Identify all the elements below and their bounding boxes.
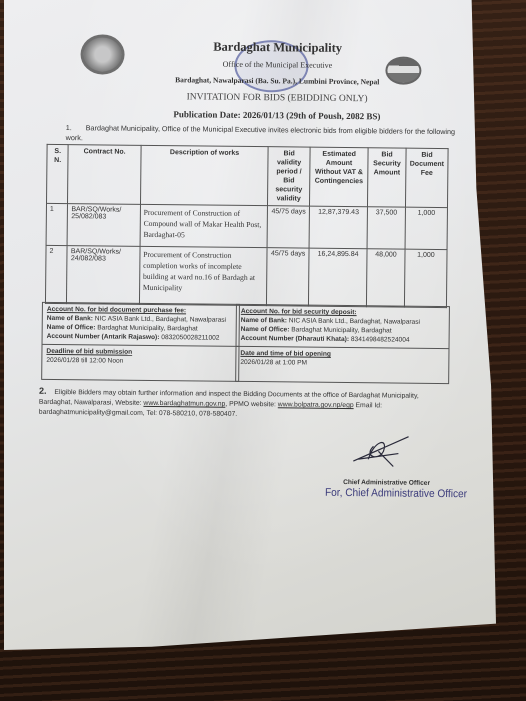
cell-doc-fee: 1,000 (404, 249, 447, 307)
ppmo-label: , PPMO website: (225, 401, 276, 409)
col-doc-fee: Bid Document Fee (405, 148, 448, 207)
bank-name: NIC ASIA Bank Ltd., Bardaghat, Nawalpara… (95, 315, 226, 323)
col-bid-security: Bid Security Amount (368, 148, 406, 207)
cao-title: Chief Administrative Officer (343, 479, 430, 487)
col-validity: Bid validity period / Bid security valid… (268, 147, 310, 206)
col-sn: S. N. (47, 144, 69, 203)
cell-contract-no: BAR/SQ/Works/ 24/082/083 (67, 246, 140, 305)
signature-icon (348, 431, 418, 472)
cell-bid-security: 37,500 (367, 207, 405, 249)
document: Bardaghat Municipality Office of the Mun… (0, 0, 526, 701)
point2-number: 2. (39, 386, 47, 396)
bank-label: Name of Bank: (47, 315, 93, 322)
cell-validity: 45/75 days (267, 206, 309, 248)
office-label: Name of Office: (241, 326, 290, 334)
account-number: 8341498482524004 (351, 336, 410, 344)
website-link[interactable]: www.bardaghatmun.gov.np (143, 400, 225, 408)
col-contract-no: Contract No. (68, 145, 141, 205)
cao-stamp: For, Chief Administrative Officer (325, 487, 467, 500)
cell-description: Procurement of Construction completion w… (139, 246, 267, 305)
cell-estimated-amount: 12,87,379.43 (309, 206, 368, 249)
table-row: 1 BAR/SQ/Works/ 25/082/083 Procurement o… (46, 203, 447, 249)
table-header-row: S. N. Contract No. Description of works … (47, 144, 449, 207)
cell-bid-security: 48,000 (367, 249, 405, 307)
bank-name: NIC ASIA Bank Ltd., Bardaghat, Nawalpara… (289, 317, 420, 325)
ppmo-website-link[interactable]: www.bolpatra.gov.np/egp (278, 401, 354, 409)
org-name: Bardaghat Municipality (113, 39, 443, 57)
account-number: 0832050028211002 (161, 334, 219, 342)
cell-contract-no: BAR/SQ/Works/ 25/082/083 (67, 204, 140, 247)
bank-label: Name of Bank: (241, 317, 287, 324)
office-name-value: Bardaghat Municipality, Bardaghat (97, 324, 197, 332)
table-row: 2 BAR/SQ/Works/ 24/082/083 Procurement o… (45, 245, 447, 307)
email-label: Email Id: (356, 402, 383, 409)
security-deposit-account-box: Account No. for bid security deposit: Na… (235, 304, 450, 384)
works-table: S. N. Contract No. Description of works … (45, 144, 449, 308)
opening-value: 2026/01/28 at 1:00 PM (240, 358, 444, 369)
deadline-value: 2026/01/28 till 12:00 Noon (46, 356, 234, 367)
account-label: Account Number (Antarik Rajaswo): (47, 333, 160, 341)
cell-sn: 2 (45, 245, 67, 303)
cell-description: Procurement of Construction of Compound … (140, 204, 268, 247)
further-info-paragraph: 2. Eligible Bidders may obtain further i… (39, 386, 449, 422)
col-estimated-amount: Estimated Amount Without VAT & Contingen… (310, 147, 369, 207)
office-name-value: Bardaghat Municipality, Bardaghat (291, 326, 391, 334)
cell-validity: 45/75 days (267, 248, 309, 306)
purchase-fee-account-box: Account No. for bid document purchase fe… (41, 302, 240, 382)
intro-number: 1. (66, 123, 72, 132)
intro-paragraph: 1.Bardaghat Municipality, Office of the … (66, 123, 456, 147)
cell-sn: 1 (46, 203, 68, 245)
account-label: Account Number (Dharauti Khata): (241, 335, 350, 343)
cell-doc-fee: 1,000 (405, 207, 448, 249)
email-address: bardaghatmunicipality@gmail.com (39, 409, 143, 417)
telephone: , Tel: 078-580210, 078-580407. (143, 410, 237, 418)
cell-estimated-amount: 16,24,895.84 (309, 248, 368, 307)
col-description: Description of works (140, 145, 268, 205)
office-label: Name of Office: (47, 324, 96, 332)
publication-date: Publication Date: 2026/01/13 (29th of Po… (112, 109, 442, 122)
notice-title: INVITATION FOR BIDS (EBIDDING ONLY) (112, 92, 442, 105)
intro-text: Bardaghat Municipality, Office of the Mu… (66, 123, 455, 142)
